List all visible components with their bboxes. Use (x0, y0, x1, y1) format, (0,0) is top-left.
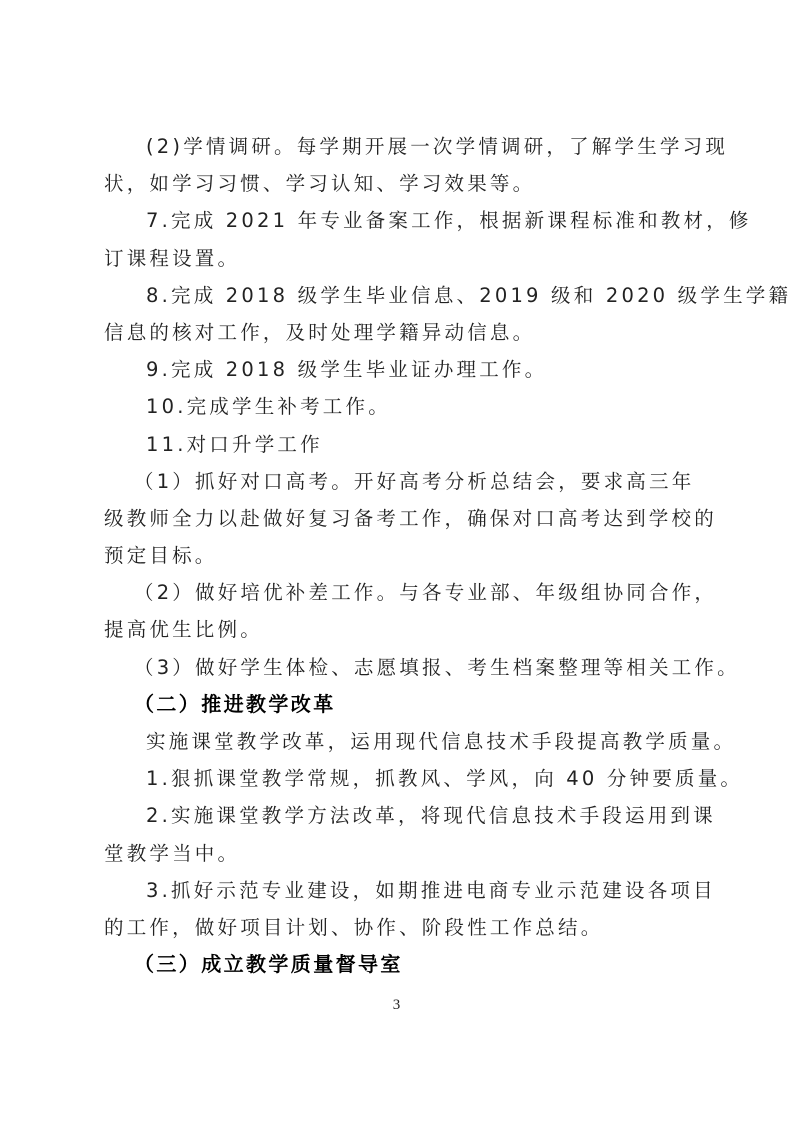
paragraph-line: （3）做好学生体检、志愿填报、考生档案整理等相关工作。 (104, 649, 692, 686)
paragraph-line: 订课程设置。 (104, 240, 692, 277)
paragraph-line: 9.完成 2018 级学生毕业证办理工作。 (104, 351, 692, 388)
paragraph-line: 级教师全力以赴做好复习备考工作，确保对口高考达到学校的 (104, 500, 692, 537)
paragraph-line: 7.完成 2021 年专业备案工作，根据新课程标准和教材，修 (104, 202, 692, 239)
paragraph-line: 实施课堂教学改革，运用现代信息技术手段提高教学质量。 (104, 723, 692, 760)
document-body: (2)学情调研。每学期开展一次学情调研，了解学生学习现 状，如学习习惯、学习认知… (104, 128, 692, 983)
paragraph-line: 状，如学习习惯、学习认知、学习效果等。 (104, 165, 692, 202)
paragraph-line: 1.狠抓课堂教学常规，抓教风、学风，向 40 分钟要质量。 (104, 760, 692, 797)
paragraph-line: 提高优生比例。 (104, 611, 692, 648)
paragraph-line: 2.实施课堂教学方法改革，将现代信息技术手段运用到课 (104, 797, 692, 834)
paragraph-line: 堂教学当中。 (104, 835, 692, 872)
paragraph-line: 8.完成 2018 级学生毕业信息、2019 级和 2020 级学生学籍 (104, 277, 692, 314)
document-page: (2)学情调研。每学期开展一次学情调研，了解学生学习现 状，如学习习惯、学习认知… (0, 0, 793, 1122)
paragraph-line: 3.抓好示范专业建设，如期推进电商专业示范建设各项目 (104, 872, 692, 909)
paragraph-line: 11.对口升学工作 (104, 426, 692, 463)
paragraph-line: (2)学情调研。每学期开展一次学情调研，了解学生学习现 (104, 128, 692, 165)
section-heading: （三）成立教学质量督导室 (104, 946, 692, 983)
paragraph-line: 的工作，做好项目计划、协作、阶段性工作总结。 (104, 909, 692, 946)
paragraph-line: 10.完成学生补考工作。 (104, 388, 692, 425)
section-heading: （二）推进教学改革 (104, 686, 692, 723)
paragraph-line: 信息的核对工作，及时处理学籍异动信息。 (104, 314, 692, 351)
paragraph-line: （1）抓好对口高考。开好高考分析总结会，要求高三年 (104, 463, 692, 500)
paragraph-line: 预定目标。 (104, 537, 692, 574)
page-number: 3 (0, 997, 793, 1014)
paragraph-line: （2）做好培优补差工作。与各专业部、年级组协同合作， (104, 574, 692, 611)
